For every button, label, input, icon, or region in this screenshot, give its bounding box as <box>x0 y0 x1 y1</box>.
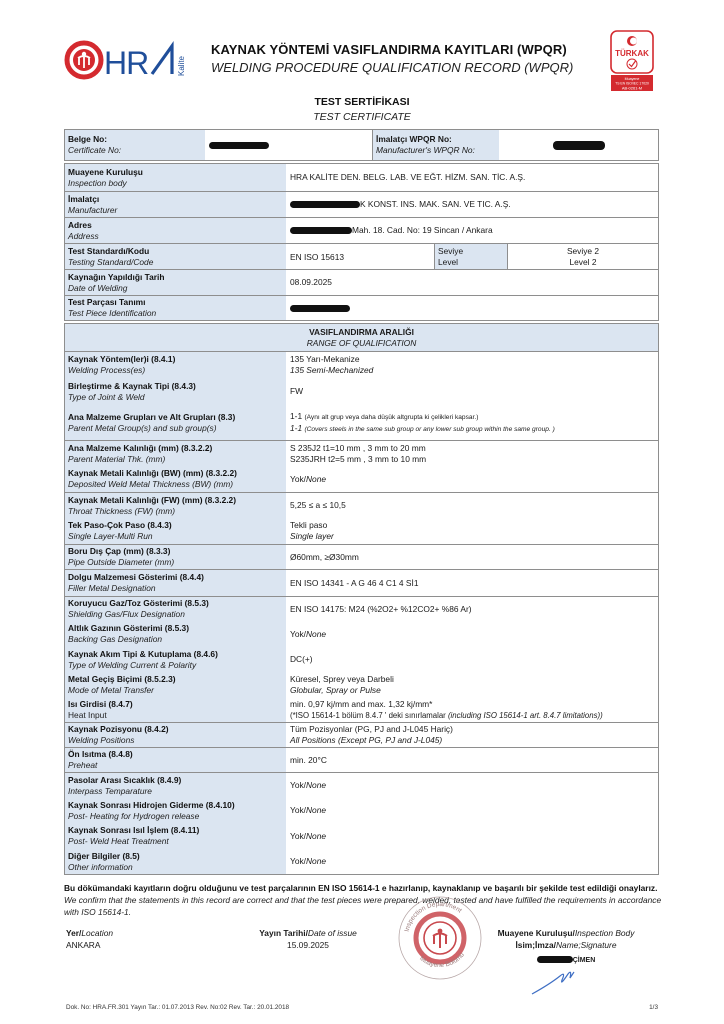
wpqr-no-value <box>499 130 658 160</box>
location-label: Yer/Location <box>66 927 113 939</box>
label-tr: Dolgu Malzemesi Gösterimi (8.4.4) <box>68 572 283 583</box>
value-text: Yok/None <box>290 629 654 640</box>
range-row-fw-thickness: Kaynak Metali Kalınlığı (FW) (mm) (8.3.2… <box>65 492 658 518</box>
range-row-preheat: Ön Isıtma (8.4.8)Preheat min. 20°C <box>65 747 658 772</box>
label-en: Testing Standard/Code <box>68 257 283 268</box>
info-row-inspection-body: Muayene Kuruluşu Inspection body HRA KAL… <box>65 164 658 191</box>
label-en: Mode of Metal Transfer <box>68 685 283 696</box>
issue-date-block: Yayın Tarihi/Date of issue 15.09.2025 <box>253 927 363 951</box>
level-value-tr: Seviye 2 <box>567 246 599 257</box>
svg-text:Muayene: Muayene <box>625 77 640 81</box>
range-of-qualification-table: VASIFLANDIRMA ARALIĞI RANGE OF QUALIFICA… <box>64 323 659 875</box>
label-tr: Metal Geçiş Biçimi (8.5.2.3) <box>68 674 283 685</box>
range-row-heat-input: Isı Girdisi (8.4.7)Heat Input min. 0,97 … <box>65 697 658 722</box>
row-label: Ana Malzeme Grupları ve Alt Grupları (8.… <box>65 406 286 440</box>
certificate-heading-tr: TEST SERTİFİKASI <box>0 96 724 108</box>
value-en: All Positions (Except PG, PJ and J-L045) <box>290 735 654 746</box>
value-en: None <box>306 831 326 841</box>
issue-date-value: 15.09.2025 <box>253 939 363 951</box>
signer-name: ÇİMEN <box>491 953 641 967</box>
row-value: Yok/None <box>286 621 658 647</box>
value-text: min. 20°C <box>290 755 654 766</box>
row-label: Kaynak Metali Kalınlığı (FW) (mm) (8.3.2… <box>65 493 286 518</box>
svg-text:TÜRKAK: TÜRKAK <box>615 49 649 58</box>
label-en: Heat Input <box>68 710 283 721</box>
value-text: Yok/None <box>290 474 654 485</box>
row-value: Yok/None <box>286 849 658 874</box>
value-tr: Tüm Pozisyonlar (PG, PJ and J-L045 Hariç… <box>290 724 654 735</box>
row-label: Ön Isıtma (8.4.8)Preheat <box>65 748 286 772</box>
location-label-tr: Yer/ <box>66 928 81 938</box>
location-value: ANKARA <box>66 939 113 951</box>
label-en: Date of Welding <box>68 283 283 294</box>
row-label: Boru Dış Çap (mm) (8.3.3)Pipe Outside Di… <box>65 545 286 569</box>
row-label: Pasolar Arası Sıcaklık (8.4.9)Interpass … <box>65 773 286 798</box>
value-en: 1-1 (Covers steels in the same sub group… <box>290 423 654 435</box>
label-tr: Test Parçası Tanımı <box>68 297 283 308</box>
range-row-parent-metal-group: Ana Malzeme Grupları ve Alt Grupları (8.… <box>65 406 658 440</box>
level-value-en: Level 2 <box>569 257 596 268</box>
wpqr-no-label-en: Manufacturer's WPQR No: <box>376 145 496 156</box>
document-header: HR Kalite KAYNAK YÖNTEMİ VASIFLANDIRMA K… <box>64 30 664 94</box>
row-value: min. 0,97 kj/mm and max. 1,32 kj/mm* (*I… <box>286 697 658 722</box>
row-value: min. 20°C <box>286 748 658 772</box>
test-piece-value <box>286 296 658 320</box>
general-info-table: Muayene Kuruluşu Inspection body HRA KAL… <box>64 163 659 321</box>
range-row-parent-thickness: Ana Malzeme Kalınlığı (mm) (8.3.2.2)Pare… <box>65 440 658 466</box>
label-en: Interpass Temparature <box>68 786 283 797</box>
manufacturer-suffix: K KONST. INS. MAK. SAN. VE TIC. A.Ş. <box>360 199 511 209</box>
row-label: Kaynak Metali Kalınlığı (BW) (mm) (8.3.2… <box>65 466 286 492</box>
label-en: Other information <box>68 862 283 873</box>
row-label: Kaynak Pozisyonu (8.4.2)Welding Position… <box>65 723 286 747</box>
group-note-en: (Covers steels in the same sub group or … <box>304 426 554 433</box>
label-tr: Boru Dış Çap (mm) (8.3.3) <box>68 546 283 557</box>
certificate-no-label-en: Certificate No: <box>68 145 202 156</box>
certificate-id-table: Belge No: Certificate No: İmalatçı WPQR … <box>64 129 659 161</box>
row-value: 5,25 ≤ a ≤ 10,5 <box>286 493 658 518</box>
value-text: Mah. 18. Cad. No: 19 Sincan / Ankara <box>290 225 654 236</box>
label-tr: Diğer Bilgiler (8.5) <box>68 851 283 862</box>
manufacturer-label: İmalatçı Manufacturer <box>65 192 286 217</box>
test-piece-label: Test Parçası Tanımı Test Piece Identific… <box>65 296 286 320</box>
label-tr: Ana Malzeme Grupları ve Alt Grupları (8.… <box>68 412 283 423</box>
label-tr: Kaynak Sonrası Isıl İşlem (8.4.11) <box>68 825 283 836</box>
value-tr: Yok/ <box>290 780 306 790</box>
label-en: Shielding Gas/Flux Designation <box>68 609 283 620</box>
title-turkish: KAYNAK YÖNTEMİ VASIFLANDIRMA KAYITLARI (… <box>211 42 573 57</box>
inspection-body-sign-label: Muayene Kuruluşu/Inspection Body <box>491 927 641 939</box>
redacted-signer-name <box>537 956 573 963</box>
label-en: Single Layer-Multi Run <box>68 531 283 542</box>
redacted-test-piece <box>290 305 350 312</box>
document-footer: Dok. No: HRA.FR.301 Yayın Tar.: 01.07.20… <box>66 1004 658 1011</box>
signature-icon <box>530 966 590 1001</box>
label-tr: Ana Malzeme Kalınlığı (mm) (8.3.2.2) <box>68 443 283 454</box>
name-signature-label: İsim;İmza/Name;Signature <box>491 939 641 951</box>
label-tr: Kaynak Metali Kalınlığı (FW) (mm) (8.3.2… <box>68 495 283 506</box>
certificate-no-value <box>205 130 373 160</box>
certificate-heading-en: TEST CERTIFICATE <box>0 111 724 123</box>
label-en: Parent Metal Group(s) and sub group(s) <box>68 423 283 434</box>
label-tr: Kaynak Sonrası Hidrojen Giderme (8.4.10) <box>68 800 283 811</box>
group-code: 1-1 <box>290 411 302 421</box>
value-line-2: S235JRH t2=5 mm , 3 mm to 10 mm <box>290 454 654 465</box>
range-row-backing-gas: Altlık Gazının Gösterimi (8.5.3)Backing … <box>65 621 658 647</box>
label-tr: Kaynağın Yapıldığı Tarih <box>68 272 283 283</box>
value-line-1: S 235J2 t1=10 mm , 3 mm to 20 mm <box>290 443 654 454</box>
row-value: EN ISO 14175: M24 (%2O2+ %12CO2+ %86 Ar) <box>286 597 658 621</box>
range-heading-en: RANGE OF QUALIFICATION <box>65 338 658 349</box>
redacted-manufacturer-name <box>290 201 360 208</box>
row-label: Kaynak Yöntem(ler)i (8.4.1)Welding Proce… <box>65 352 286 377</box>
row-label: Tek Paso-Çok Paso (8.4.3)Single Layer-Mu… <box>65 518 286 544</box>
issue-date-label-tr: Yayın Tarihi/ <box>259 928 308 938</box>
value-en: None <box>306 780 326 790</box>
value-en: 135 Semi-Mechanized <box>290 365 654 376</box>
manufacturer-value: K KONST. INS. MAK. SAN. VE TIC. A.Ş. <box>286 192 658 217</box>
label-en: Backing Gas Designation <box>68 634 283 645</box>
label-tr: Test Standardı/Kodu <box>68 246 283 257</box>
limit-note-en: (including ISO 15614-1 art. 8.4.7 limita… <box>448 711 603 720</box>
address-value: Mah. 18. Cad. No: 19 Sincan / Ankara <box>286 218 658 243</box>
value-text: 5,25 ≤ a ≤ 10,5 <box>290 500 654 511</box>
label-tr: Kaynak Akım Tipi & Kutuplama (8.4.6) <box>68 649 283 660</box>
label-en: Test Piece Identification <box>68 308 283 319</box>
range-row-metal-transfer: Metal Geçiş Biçimi (8.5.2.3)Mode of Meta… <box>65 672 658 697</box>
welding-date-value: 08.09.2025 <box>286 270 658 295</box>
value-en: None <box>306 474 326 484</box>
level-label-en: Level <box>438 257 504 268</box>
label-en: Type of Joint & Weld <box>68 392 283 403</box>
certificate-no-label-tr: Belge No: <box>68 134 202 145</box>
range-row-shielding-gas: Koruyucu Gaz/Toz Gösterimi (8.5.3)Shield… <box>65 596 658 621</box>
value-en: None <box>306 856 326 866</box>
value-text: FW <box>290 386 654 397</box>
row-value: 135 Yarı-Mekanize135 Semi-Mechanized <box>286 352 658 377</box>
address-label: Adres Address <box>65 218 286 243</box>
redacted-wpqr-no <box>553 141 605 150</box>
label-en: Throat Thickness (FW) (mm) <box>68 506 283 517</box>
range-heading-tr: VASIFLANDIRMA ARALIĞI <box>65 327 658 338</box>
value-en: None <box>306 805 326 815</box>
row-value: 1-1 (Aynı alt grup veya daha düşük altgr… <box>286 406 658 440</box>
certificate-id-row: Belge No: Certificate No: İmalatçı WPQR … <box>65 130 658 160</box>
label-en: Parent Material Thk. (mm) <box>68 454 283 465</box>
row-value: S 235J2 t1=10 mm , 3 mm to 20 mmS235JRH … <box>286 441 658 466</box>
range-row-joint-type: Birleştirme & Kaynak Tipi (8.4.3)Type of… <box>65 377 658 406</box>
value-tr: 1-1 (Aynı alt grup veya daha düşük altgr… <box>290 411 654 423</box>
standard-label: Test Standardı/Kodu Testing Standard/Cod… <box>65 244 286 269</box>
label-en: Inspection body <box>68 178 283 189</box>
label-en: Type of Welding Current & Polarity <box>68 660 283 671</box>
label-en: Manufacturer <box>68 205 283 216</box>
label-en: Deposited Weld Metal Thickness (BW) (mm) <box>68 479 283 490</box>
range-heading: VASIFLANDIRMA ARALIĞI RANGE OF QUALIFICA… <box>65 324 658 351</box>
row-value: Tekli pasoSingle layer <box>286 518 658 544</box>
row-value: Ø60mm, ≥Ø30mm <box>286 545 658 569</box>
page-number: 1/3 <box>649 1004 658 1011</box>
value-text: DC(+) <box>290 654 654 665</box>
range-row-welding-positions: Kaynak Pozisyonu (8.4.2)Welding Position… <box>65 722 658 747</box>
info-row-welding-date: Kaynağın Yapıldığı Tarih Date of Welding… <box>65 269 658 295</box>
row-label: Birleştirme & Kaynak Tipi (8.4.3)Type of… <box>65 377 286 406</box>
label-en: Filler Metal Designation <box>68 583 283 594</box>
row-label: Koruyucu Gaz/Toz Gösterimi (8.5.3)Shield… <box>65 597 286 621</box>
value-line-1: min. 0,97 kj/mm and max. 1,32 kj/mm* <box>290 699 654 710</box>
label-en: Welding Positions <box>68 735 283 746</box>
label-tr: Koruyucu Gaz/Toz Gösterimi (8.5.3) <box>68 598 283 609</box>
value-tr: Yok/ <box>290 474 306 484</box>
value-en: Single layer <box>290 531 654 542</box>
range-row-pipe-diameter: Boru Dış Çap (mm) (8.3.3)Pipe Outside Di… <box>65 544 658 569</box>
limit-note-tr: (*ISO 15614-1 bölüm 8.4.7 ' deki sınırla… <box>290 711 446 720</box>
label-en: Post- Weld Heat Treatment <box>68 836 283 847</box>
row-value: Yok/None <box>286 466 658 492</box>
location-block: Yer/Location ANKARA <box>66 927 113 951</box>
value-text: EN ISO 14175: M24 (%2O2+ %12CO2+ %86 Ar) <box>290 604 654 615</box>
hra-logo-icon: HR Kalite <box>64 38 214 82</box>
label-en: Address <box>68 231 283 242</box>
wpqr-no-label-tr: İmalatçı WPQR No: <box>376 134 496 145</box>
value-tr: Küresel, Sprey veya Darbeli <box>290 674 654 685</box>
sig-label-en: Name;Signature <box>556 940 617 950</box>
title-english: WELDING PROCEDURE QUALIFICATION RECORD (… <box>211 60 573 75</box>
range-row-interpass: Pasolar Arası Sıcaklık (8.4.9)Interpass … <box>65 772 658 798</box>
label-tr: Birleştirme & Kaynak Tipi (8.4.3) <box>68 381 283 392</box>
label-tr: Kaynak Yöntem(ler)i (8.4.1) <box>68 354 283 365</box>
value-en: Globular, Spray or Pulse <box>290 685 654 696</box>
standard-level-group: EN ISO 15613 Seviye Level Seviye 2 Level… <box>286 244 658 269</box>
range-row-welding-process: Kaynak Yöntem(ler)i (8.4.1)Welding Proce… <box>65 351 658 377</box>
row-value: Tüm Pozisyonlar (PG, PJ and J-L045 Hariç… <box>286 723 658 747</box>
row-label: Altlık Gazının Gösterimi (8.5.3)Backing … <box>65 621 286 647</box>
label-en: Welding Process(es) <box>68 365 283 376</box>
body-label-en: Inspection Body <box>575 928 635 938</box>
row-label: Ana Malzeme Kalınlığı (mm) (8.3.2.2)Pare… <box>65 441 286 466</box>
location-label-en: Location <box>81 928 113 938</box>
issue-date-label-en: Date of issue <box>308 928 357 938</box>
row-label: Dolgu Malzemesi Gösterimi (8.4.4)Filler … <box>65 570 286 596</box>
info-row-address: Adres Address Mah. 18. Cad. No: 19 Sinca… <box>65 217 658 243</box>
group-code-en: 1-1 <box>290 423 302 433</box>
label-tr: Muayene Kuruluşu <box>68 167 283 178</box>
welding-date-label: Kaynağın Yapıldığı Tarih Date of Welding <box>65 270 286 295</box>
info-row-manufacturer: İmalatçı Manufacturer K KONST. INS. MAK.… <box>65 191 658 217</box>
value-text: HRA KALİTE DEN. BELG. LAB. VE EĞT. HİZM.… <box>290 172 654 183</box>
svg-text:Kalite: Kalite <box>177 55 186 76</box>
value-tr: 135 Yarı-Mekanize <box>290 354 654 365</box>
row-value: Küresel, Sprey veya DarbeliGlobular, Spr… <box>286 672 658 697</box>
value-text: Ø60mm, ≥Ø30mm <box>290 552 654 563</box>
row-label: Isı Girdisi (8.4.7)Heat Input <box>65 697 286 722</box>
value-line-2: (*ISO 15614-1 bölüm 8.4.7 ' deki sınırla… <box>290 710 654 721</box>
row-label: Kaynak Akım Tipi & Kutuplama (8.4.6)Type… <box>65 647 286 672</box>
label-en: Post- Heating for Hydrogen release <box>68 811 283 822</box>
label-tr: Altlık Gazının Gösterimi (8.5.3) <box>68 623 283 634</box>
address-suffix: Mah. 18. Cad. No: 19 Sincan / Ankara <box>352 225 493 235</box>
row-label: Kaynak Sonrası Isıl İşlem (8.4.11)Post- … <box>65 823 286 849</box>
value-tr: Yok/ <box>290 805 306 815</box>
label-tr: Tek Paso-Çok Paso (8.4.3) <box>68 520 283 531</box>
group-note-tr: (Aynı alt grup veya daha düşük altgrupta… <box>304 414 478 421</box>
range-row-post-heating: Kaynak Sonrası Hidrojen Giderme (8.4.10)… <box>65 798 658 823</box>
wpqr-no-label: İmalatçı WPQR No: Manufacturer's WPQR No… <box>373 130 499 160</box>
value-text: Yok/None <box>290 780 654 791</box>
value-text: K KONST. INS. MAK. SAN. VE TIC. A.Ş. <box>290 199 654 210</box>
confirmation-en: We confirm that the statements in this r… <box>64 894 664 918</box>
row-label: Kaynak Sonrası Hidrojen Giderme (8.4.10)… <box>65 798 286 823</box>
label-tr: Adres <box>68 220 283 231</box>
range-row-current-polarity: Kaynak Akım Tipi & Kutuplama (8.4.6)Type… <box>65 647 658 672</box>
row-value: Yok/None <box>286 773 658 798</box>
row-value: Yok/None <box>286 823 658 849</box>
range-row-layer: Tek Paso-Çok Paso (8.4.3)Single Layer-Mu… <box>65 518 658 544</box>
document-control-info: Dok. No: HRA.FR.301 Yayın Tar.: 01.07.20… <box>66 1004 289 1011</box>
level-value: Seviye 2 Level 2 <box>508 244 658 269</box>
row-value: Yok/None <box>286 798 658 823</box>
label-en: Pipe Outside Diameter (mm) <box>68 557 283 568</box>
value-text: Yok/None <box>290 805 654 816</box>
value-tr: Yok/ <box>290 856 306 866</box>
row-value: EN ISO 14341 - A G 46 4 C1 4 Sİ1 <box>286 570 658 596</box>
body-label-tr: Muayene Kuruluşu/ <box>498 928 575 938</box>
range-row-pwht: Kaynak Sonrası Isıl İşlem (8.4.11)Post- … <box>65 823 658 849</box>
label-tr: Pasolar Arası Sıcaklık (8.4.9) <box>68 775 283 786</box>
redacted-certificate-no <box>209 142 269 149</box>
svg-text:AB-0261-M: AB-0261-M <box>622 86 642 91</box>
svg-text:HR: HR <box>104 45 148 81</box>
label-en: Preheat <box>68 760 283 771</box>
info-row-test-piece: Test Parçası Tanımı Test Piece Identific… <box>65 295 658 320</box>
signer-surname: ÇİMEN <box>573 957 596 964</box>
confirmation-statement: Bu dökümandaki kayıtların doğru olduğunu… <box>64 882 664 918</box>
label-tr: İmalatçı <box>68 194 283 205</box>
inspection-body-label: Muayene Kuruluşu Inspection body <box>65 164 286 191</box>
label-tr: Kaynak Pozisyonu (8.4.2) <box>68 724 283 735</box>
value-text: 08.09.2025 <box>290 277 654 288</box>
value-tr: Tekli paso <box>290 520 654 531</box>
label-tr: Isı Girdisi (8.4.7) <box>68 699 283 710</box>
issue-date-label: Yayın Tarihi/Date of issue <box>253 927 363 939</box>
value-text: Yok/None <box>290 856 654 867</box>
value-text: EN ISO 14341 - A G 46 4 C1 4 Sİ1 <box>290 578 654 589</box>
label-tr: Kaynak Metali Kalınlığı (BW) (mm) (8.3.2… <box>68 468 283 479</box>
range-row-filler-metal: Dolgu Malzemesi Gösterimi (8.4.4)Filler … <box>65 569 658 596</box>
certificate-no-label: Belge No: Certificate No: <box>65 130 205 160</box>
turkak-accreditation-icon: TÜRKAK Muayene TS EN ISO/IEC 17020 AB-02… <box>609 30 655 92</box>
inspection-body-signature-block: Muayene Kuruluşu/Inspection Body İsim;İm… <box>491 927 641 967</box>
row-label: Metal Geçiş Biçimi (8.5.2.3)Mode of Meta… <box>65 672 286 697</box>
standard-value: EN ISO 15613 <box>286 244 435 269</box>
label-tr: Ön Isıtma (8.4.8) <box>68 749 283 760</box>
sig-label-tr: İsim;İmza/ <box>515 940 556 950</box>
value-tr: Yok/ <box>290 831 306 841</box>
range-row-other-info: Diğer Bilgiler (8.5)Other information Yo… <box>65 849 658 874</box>
row-value: DC(+) <box>286 647 658 672</box>
value-en: None <box>306 629 326 639</box>
certificate-heading: TEST SERTİFİKASI TEST CERTIFICATE <box>0 96 724 123</box>
confirmation-tr: Bu dökümandaki kayıtların doğru olduğunu… <box>64 882 664 894</box>
redacted-address <box>290 227 352 234</box>
value-text: Yok/None <box>290 831 654 842</box>
inspection-department-stamp-icon: Inspection Department Muayene Bölümü <box>396 894 484 982</box>
row-label: Diğer Bilgiler (8.5)Other information <box>65 849 286 874</box>
level-label: Seviye Level <box>435 244 508 269</box>
range-row-bw-thickness: Kaynak Metali Kalınlığı (BW) (mm) (8.3.2… <box>65 466 658 492</box>
document-title: KAYNAK YÖNTEMİ VASIFLANDIRMA KAYITLARI (… <box>211 42 573 75</box>
row-value: FW <box>286 377 658 406</box>
value-tr: Yok/ <box>290 629 306 639</box>
inspection-body-value: HRA KALİTE DEN. BELG. LAB. VE EĞT. HİZM.… <box>286 164 658 191</box>
level-label-tr: Seviye <box>438 246 504 257</box>
info-row-standard: Test Standardı/Kodu Testing Standard/Cod… <box>65 243 658 269</box>
